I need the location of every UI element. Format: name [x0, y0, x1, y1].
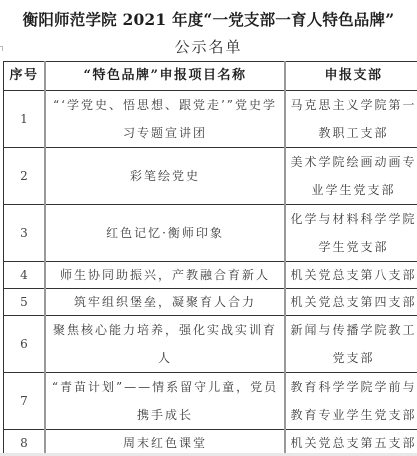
cell-project-name: 红色记忆·衡师印象	[45, 205, 285, 262]
branch-line: 教职工支部	[289, 119, 417, 147]
header-project-name: “特色品牌”申报项目名称	[45, 62, 285, 91]
cell-project-name: 师生协同助振兴，产教融合育新人	[45, 262, 285, 289]
branch-line: 马克思主义学院第一	[289, 91, 417, 119]
cell-project-name: 彩笔绘党史	[45, 148, 285, 205]
cell-branch: 马克思主义学院第一 教职工支部	[285, 91, 417, 148]
branch-line: 化学与材料科学学院	[289, 205, 417, 233]
project-name-line: “青苗计划”——情系留守儿童，党员	[49, 373, 281, 401]
table-row: 6 聚焦核心能力培养，强化实战实训育人 新闻与传播学院教工 党支部	[4, 316, 417, 373]
project-name-line: 筑牢组织堡垒，凝聚育人合力	[49, 289, 281, 315]
branch-line: 新闻与传播学院教工	[289, 316, 417, 344]
cell-project-name: 聚焦核心能力培养，强化实战实训育人	[45, 316, 285, 373]
header-branch: 申报支部	[285, 62, 417, 91]
cell-seq: 7	[4, 373, 46, 430]
table-header-row: 序号 “特色品牌”申报项目名称 申报支部	[4, 62, 417, 91]
cell-project-name: 筑牢组织堡垒，凝聚育人合力	[45, 289, 285, 316]
branch-line: 党支部	[289, 344, 417, 372]
project-name-line: “‘学党史、悟思想、跟党走’”党史学	[49, 91, 281, 119]
brand-list-table: 序号 “特色品牌”申报项目名称 申报支部 1 “‘学党史、悟思想、跟党走’”党史…	[3, 61, 417, 456]
cell-branch: 新闻与传播学院教工 党支部	[285, 316, 417, 373]
branch-line: 美术学院绘画动画专	[289, 148, 417, 176]
header-seq: 序号	[4, 62, 46, 91]
branch-line: 业学生党支部	[289, 176, 417, 204]
page-corner-mark	[0, 46, 3, 51]
project-name-line: 习专题宣讲团	[49, 119, 281, 147]
branch-line: 教育科学学院学前与	[289, 373, 417, 401]
branch-line: 教育专业学生党支部	[289, 401, 417, 429]
project-name-line: 聚焦核心能力培养，强化实战实训育人	[49, 316, 281, 372]
branch-line: 学生党支部	[289, 233, 417, 261]
table-row: 5 筑牢组织堡垒，凝聚育人合力 机关党总支第四支部	[4, 289, 417, 316]
cell-seq: 4	[4, 262, 46, 289]
branch-line: 机关党总支第四支部	[289, 289, 417, 315]
cell-seq: 1	[4, 91, 46, 148]
document-title: 衡阳师范学院 2021 年度“一党支部一育人特色品牌”	[0, 8, 417, 30]
project-name-line: 携手成长	[49, 401, 281, 429]
cell-branch: 化学与材料科学学院 学生党支部	[285, 205, 417, 262]
cell-project-name: “‘学党史、悟思想、跟党走’”党史学 习专题宣讲团	[45, 91, 285, 148]
cell-seq: 6	[4, 316, 46, 373]
project-name-line: 师生协同助振兴，产教融合育新人	[49, 262, 281, 288]
table-row: 7 “青苗计划”——情系留守儿童，党员 携手成长 教育科学学院学前与 教育专业学…	[4, 373, 417, 430]
project-name-line: 红色记忆·衡师印象	[49, 219, 281, 247]
cell-branch: 美术学院绘画动画专 业学生党支部	[285, 148, 417, 205]
document-subtitle: 公示名单	[0, 36, 417, 57]
cell-seq: 5	[4, 289, 46, 316]
table-row: 1 “‘学党史、悟思想、跟党走’”党史学 习专题宣讲团 马克思主义学院第一 教职…	[4, 91, 417, 148]
table-row: 4 师生协同助振兴，产教融合育新人 机关党总支第八支部	[4, 262, 417, 289]
branch-line: 机关党总支第八支部	[289, 262, 417, 288]
project-name-line: 彩笔绘党史	[49, 162, 281, 190]
cell-seq: 3	[4, 205, 46, 262]
table-row: 2 彩笔绘党史 美术学院绘画动画专 业学生党支部	[4, 148, 417, 205]
cell-branch: 教育科学学院学前与 教育专业学生党支部	[285, 373, 417, 430]
cell-project-name: “青苗计划”——情系留守儿童，党员 携手成长	[45, 373, 285, 430]
cell-branch: 机关党总支第八支部	[285, 262, 417, 289]
cell-branch: 机关党总支第四支部	[285, 289, 417, 316]
cell-seq: 2	[4, 148, 46, 205]
table-row: 3 红色记忆·衡师印象 化学与材料科学学院 学生党支部	[4, 205, 417, 262]
